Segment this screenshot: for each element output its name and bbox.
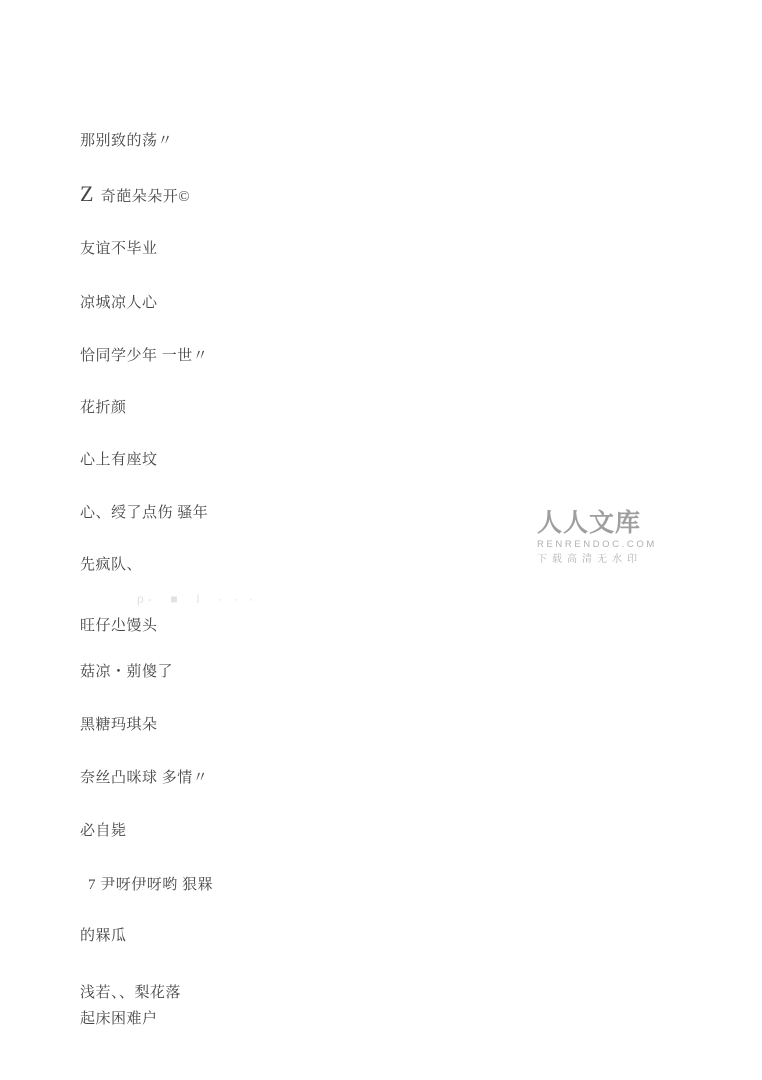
list-item: 心、绶了点伤 骚年 xyxy=(80,503,208,523)
list-item: Z 奇葩朵朵开© xyxy=(80,184,190,207)
list-item: 花折颜 xyxy=(80,398,127,418)
list-item: 旺仔尐馒头 xyxy=(80,616,158,636)
list-item: 起床困难户 xyxy=(80,1009,158,1029)
list-item: 的槑瓜 xyxy=(80,926,127,946)
watermark-tagline: 下载高清无水印 xyxy=(537,553,657,566)
list-item: 凉城凉人心 xyxy=(80,293,158,313)
document-page: 那别致的荡〃Z 奇葩朵朵开©友谊不毕业凉城凉人心恰同学少年 一世〃花折颜心上有座… xyxy=(0,0,762,1080)
list-item: 先疯队、 xyxy=(80,555,142,575)
watermark-logo-text: 人人文库 xyxy=(537,510,657,538)
list-item: 必自毙 xyxy=(80,821,127,841)
list-item: 恰同学少年 一世〃 xyxy=(80,346,208,366)
list-item: 那别致的荡〃 xyxy=(80,131,173,151)
list-item: 菇凉・莂傻了 xyxy=(80,662,173,682)
list-item: 心上有座坟 xyxy=(80,450,158,470)
list-item: 黑糖玛琪朵 xyxy=(80,715,158,735)
site-watermark: 人人文库 RENRENDOC.COM 下载高清无水印 xyxy=(537,510,657,566)
list-item: 友谊不毕业 xyxy=(80,239,158,259)
list-item: 奈丝凸咪球 多情〃 xyxy=(80,768,208,788)
scan-artifact-text: p- ■ I · · · xyxy=(137,592,257,606)
watermark-domain: RENRENDOC.COM xyxy=(537,539,657,551)
list-item: 7 尹呀伊呀哟 狠槑 xyxy=(88,875,213,895)
list-item: 浅若、、梨花落 xyxy=(80,983,181,1003)
